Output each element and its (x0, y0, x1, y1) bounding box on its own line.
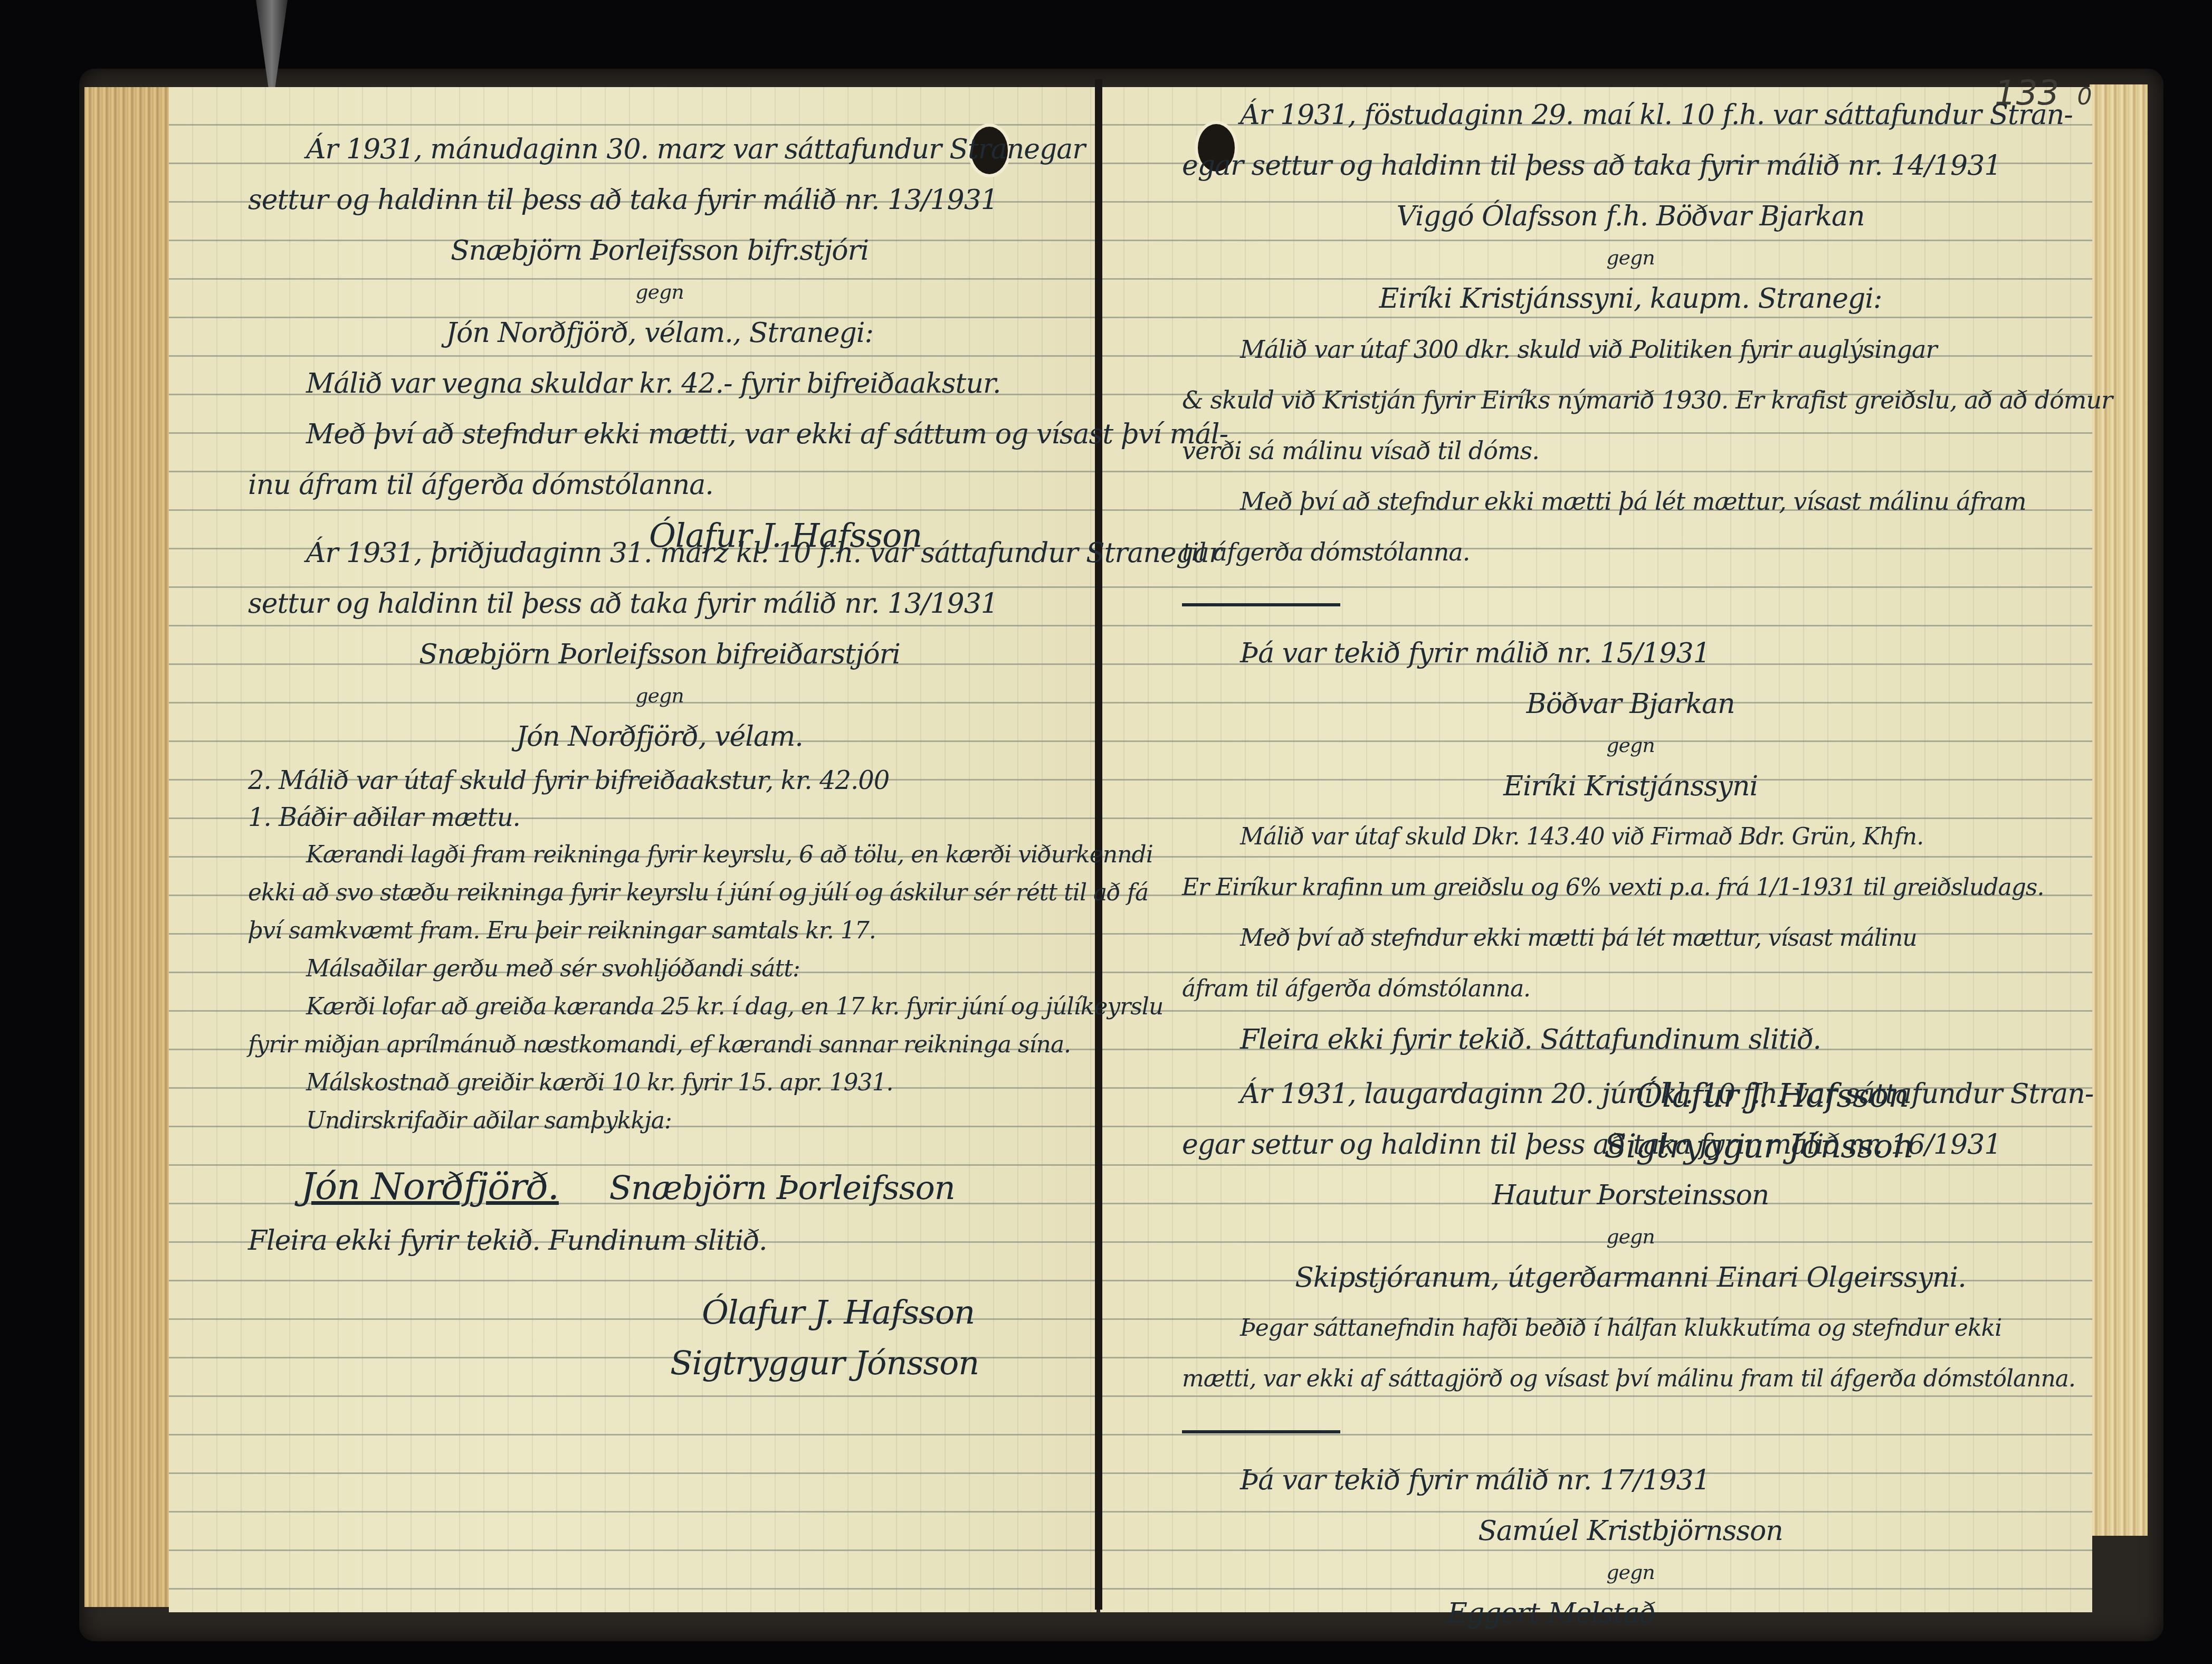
entry-line: settur og haldinn til þess að taka fyrir… (248, 175, 1071, 225)
entry-line: Málskostnað greiðir kærði 10 kr. fyrir 1… (248, 1064, 1071, 1102)
entry-item: 2. Málið var útaf skuld fyrir bifreiðaak… (248, 762, 1071, 799)
versus-label: gegn (1182, 242, 2079, 273)
entry-line: mætti, var ekki af sáttagjörð og vísast … (1182, 1354, 2079, 1404)
versus-label: gegn (248, 276, 1071, 308)
defendant-name: Eiríki Kristjánssyni (1182, 761, 2079, 812)
entry-line: egar settur og haldinn til þess að taka … (1182, 1119, 2079, 1170)
page-number-mark: 0 (2077, 83, 2092, 110)
entry-line: Með því að stefndur ekki mætti, var ekki… (248, 409, 1071, 460)
plaintiff-name: Snæbjörn Þorleifsson bifreiðarstjóri (248, 629, 1071, 680)
defendant-name: Skipstjóranum, útgerðarmanni Einari Olge… (1182, 1252, 2079, 1303)
closing-line: Fleira ekki fyrir tekið. Sáttafundinum s… (1182, 1014, 2079, 1065)
separator-dash (1182, 603, 1340, 606)
left-entry-1: Ár 1931, mánudaginn 30. marz var sáttafu… (248, 124, 1071, 561)
signature: Sigtryggur Jónsson (248, 1338, 1071, 1389)
entry-line: áfram til áfgerða dómstólanna. (1182, 964, 2079, 1014)
entry-line: til áfgerða dómstólanna. (1182, 527, 2079, 577)
entry-line: verði sá málinu vísað til dóms. (1182, 425, 2079, 476)
entry-line: Undirskrifaðir aðilar samþykkja: (248, 1102, 1071, 1140)
entry-line: Með því að stefndur ekki mætti þá lét mæ… (1182, 476, 2079, 527)
plaintiff-name: Samúel Kristbjörnsson (1182, 1506, 2079, 1556)
entry-line: Ár 1931, laugardaginn 20. júní kl. 10 f.… (1182, 1069, 2079, 1119)
left-entry-2: Ár 1931, þriðjudaginn 31. marz kl. 10 f.… (248, 528, 1071, 1389)
defendant-name: Eiríki Kristjánssyni, kaupm. Stranegi: (1182, 273, 2079, 324)
signature: Ólafur J. Hafsson (248, 1287, 1071, 1338)
defendant-name: Eggert Melstað (1182, 1588, 2079, 1639)
entry-line: Ár 1931, mánudaginn 30. marz var sáttafu… (248, 124, 1071, 175)
entry-line: Málið var útaf skuld Dkr. 143.40 við Fir… (1182, 812, 2079, 862)
entry-line: Þegar sáttanefndin hafði beðið í hálfan … (1182, 1303, 2079, 1354)
entry-line: Kærði lofar að greiða kæranda 25 kr. í d… (248, 988, 1071, 1026)
versus-label: gegn (1182, 1221, 2079, 1252)
entry-item: 1. Báðir aðilar mættu. (248, 799, 1071, 836)
entry-line: Málið var vegna skuldar kr. 42.- fyrir b… (248, 358, 1071, 409)
entry-line: ekki að svo stæðu reikninga fyrir keyrsl… (248, 874, 1071, 912)
entry-line: & skuld við Kristján fyrir Eiríks nýmari… (1182, 375, 2079, 425)
right-entry-2: Ár 1931, laugardaginn 20. júní kl. 10 f.… (1182, 1069, 2079, 1639)
entry-line: Er Eiríkur krafinn um greiðslu og 6% vex… (1182, 862, 2079, 913)
entry-line: settur og haldinn til þess að taka fyrir… (248, 578, 1071, 629)
entry-line: því samkvæmt fram. Eru þeir reikningar s… (248, 912, 1071, 950)
versus-label: gegn (1182, 1556, 2079, 1588)
entry-line: Málsaðilar gerðu með sér svohljóðandi sá… (248, 950, 1071, 988)
entry-line: fyrir miðjan aprílmánuð næstkomandi, ef … (248, 1026, 1071, 1064)
plaintiff-name: Snæbjörn Þorleifsson bifr.stjóri (248, 225, 1071, 276)
signature: Snæbjörn Þorleifsson (609, 1168, 955, 1207)
entry-line: Málið var útaf 300 dkr. skuld við Politi… (1182, 324, 2079, 375)
defendant-name: Jón Norðfjörð, vélam., Stranegi: (248, 308, 1071, 358)
page-edges-left (84, 87, 171, 1607)
versus-label: gegn (248, 680, 1071, 711)
entry-line: Með því að stefndur ekki mætti þá lét mæ… (1182, 913, 2079, 964)
entry-line: Ár 1931, föstudaginn 29. maí kl. 10 f.h.… (1182, 90, 2079, 140)
entry-line: Þá var tekið fyrir málið nr. 17/1931 (1182, 1455, 2079, 1506)
entry-line: Þá var tekið fyrir málið nr. 15/1931 (1182, 628, 2079, 679)
separator-dash (1182, 1430, 1340, 1433)
entry-line: Ár 1931, þriðjudaginn 31. marz kl. 10 f.… (248, 528, 1071, 578)
entry-line: inu áfram til áfgerða dómstólanna. (248, 460, 1071, 510)
plaintiff-name: Hautur Þorsteinsson (1182, 1170, 2079, 1221)
entry-line: Kærandi lagði fram reikninga fyrir keyrs… (248, 836, 1071, 874)
page-edges-right (2090, 84, 2148, 1536)
versus-label: gegn (1182, 729, 2079, 761)
defendant-name: Jón Norðfjörð, vélam. (248, 711, 1071, 762)
right-entry-1: Ár 1931, föstudaginn 29. maí kl. 10 f.h.… (1182, 90, 2079, 1172)
signature: Jón Norðfjörð. (301, 1165, 559, 1208)
plaintiff-name: Böðvar Bjarkan (1182, 679, 2079, 729)
plaintiff-name: Viggó Ólafsson f.h. Böðvar Bjarkan (1182, 191, 2079, 242)
entry-line: egar settur og haldinn til þess að taka … (1182, 140, 2079, 191)
closing-line: Fleira ekki fyrir tekið. Fundinum slitið… (248, 1215, 1071, 1266)
